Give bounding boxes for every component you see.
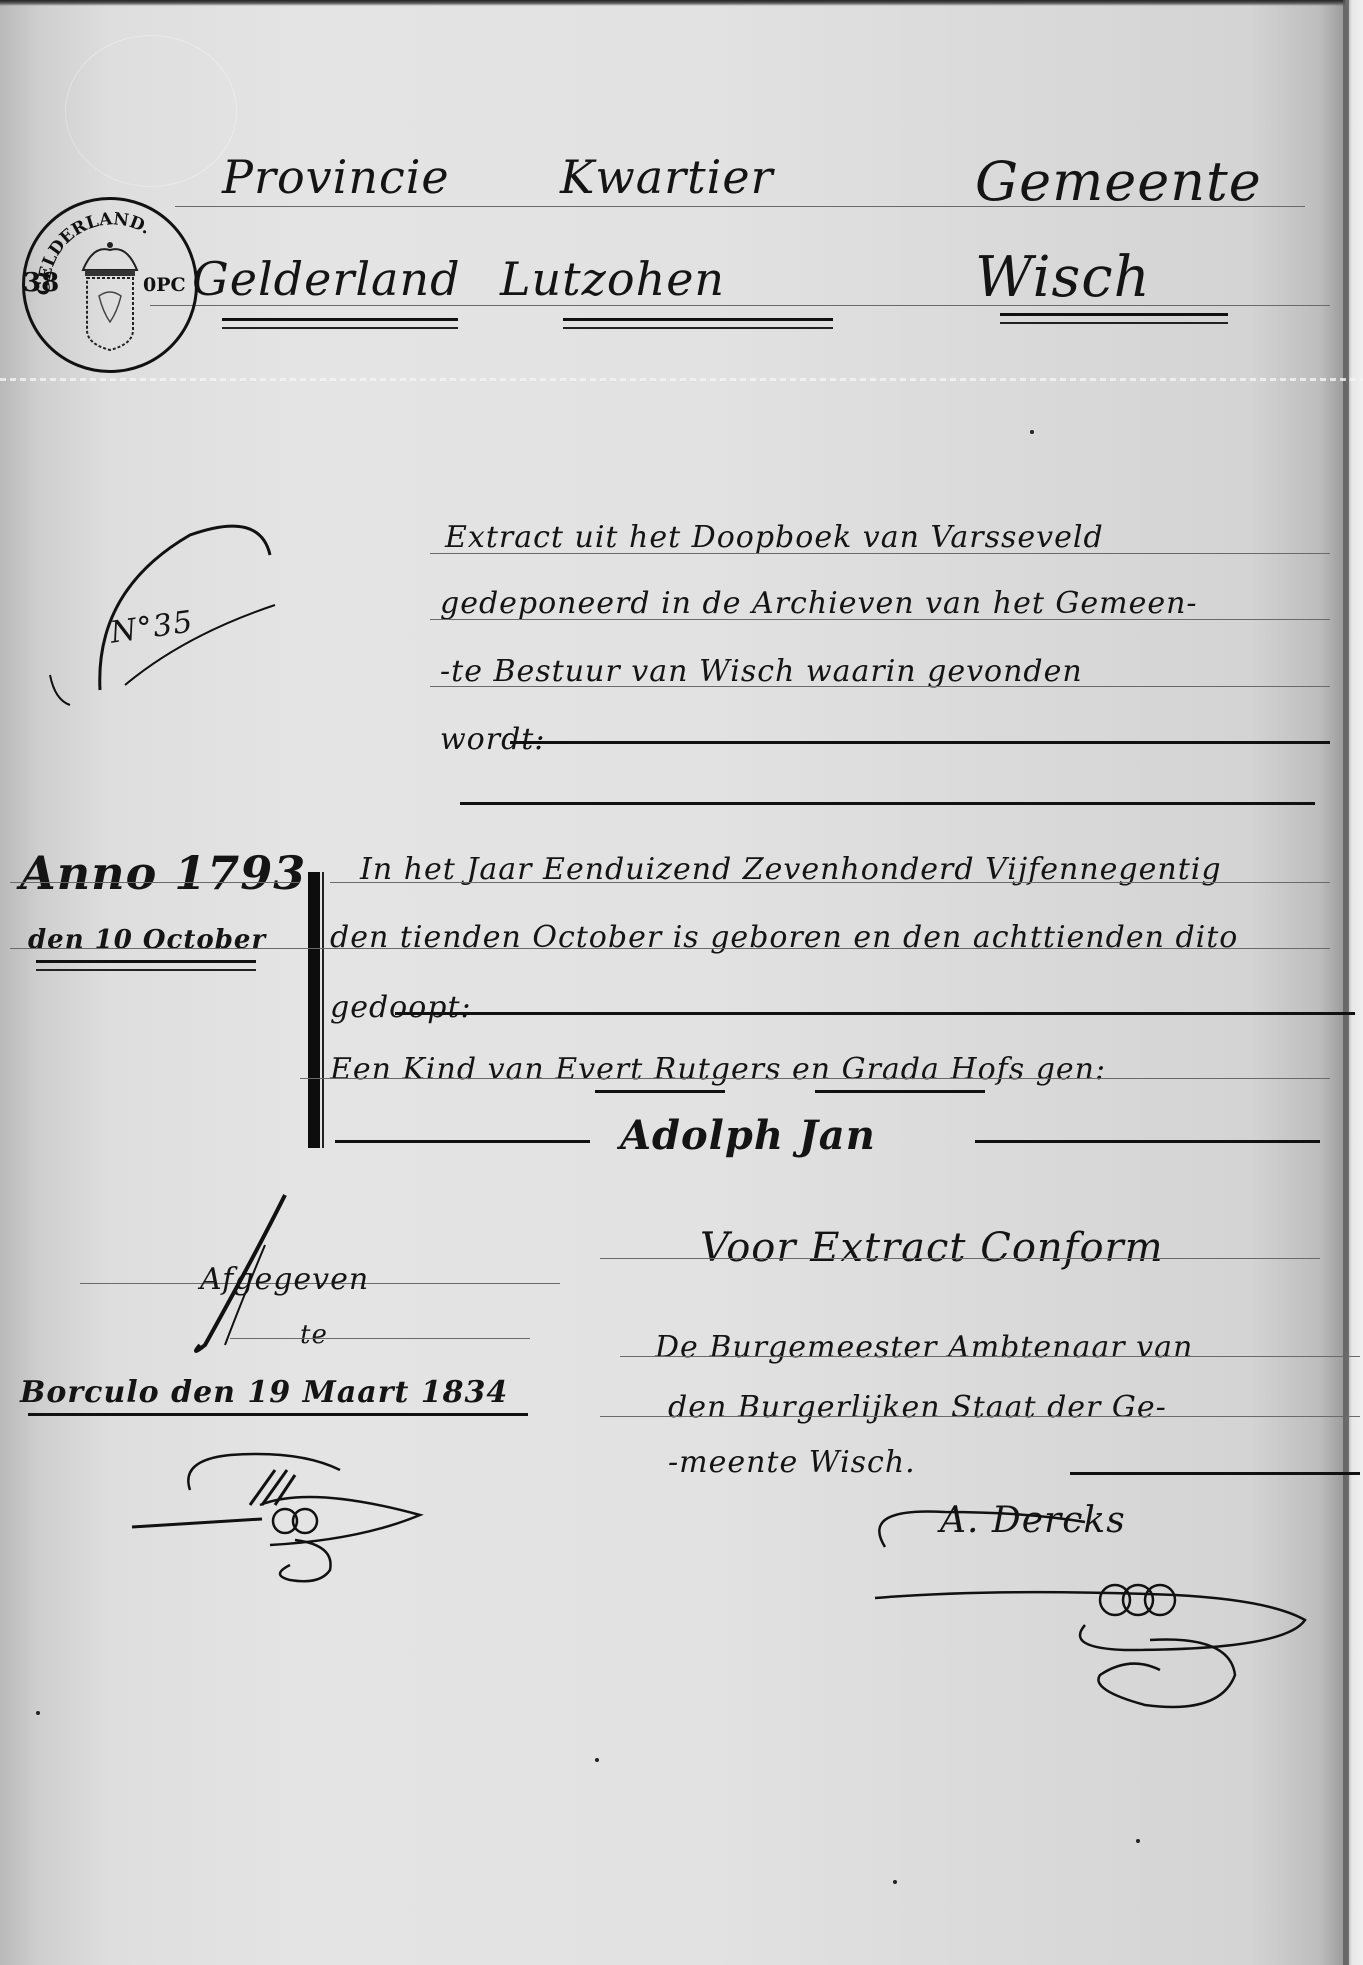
ruled-line bbox=[300, 1078, 1330, 1079]
province-label: Provincie bbox=[222, 150, 450, 204]
entry-line-4: Een Kind van Evert Rutgers en Grada Hofs… bbox=[330, 1052, 1106, 1087]
ruled-line bbox=[10, 948, 300, 949]
ink-speck bbox=[595, 1758, 599, 1762]
municipality-value: Wisch bbox=[975, 245, 1151, 310]
ruled-line bbox=[430, 553, 1330, 554]
child-name-left-line bbox=[335, 1140, 590, 1143]
ruled-line bbox=[620, 1356, 1360, 1357]
page-right-edge-shadow bbox=[1343, 0, 1349, 1965]
scanned-document-page: Provincie Kwartier Gemeente Gelderland L… bbox=[0, 0, 1363, 1965]
ink-speck bbox=[1030, 430, 1034, 434]
province-underline bbox=[222, 318, 458, 329]
left-signature bbox=[130, 1445, 430, 1595]
ruled-line bbox=[230, 1338, 530, 1339]
intro-line-1: Extract uit het Doopboek van Varsseveld bbox=[445, 520, 1104, 555]
entry-line-3: gedoopt: bbox=[330, 990, 472, 1025]
margin-date: den 10 October bbox=[28, 925, 266, 955]
father-name-underline bbox=[595, 1090, 725, 1093]
ink-speck bbox=[893, 1880, 897, 1884]
stamp-value-right: 0PC bbox=[143, 274, 186, 296]
certification-line-3: den Burgerlijken Staat der Ge- bbox=[668, 1390, 1167, 1425]
issued-flourish bbox=[170, 1190, 300, 1360]
quarter-value: Lutzohen bbox=[500, 252, 725, 306]
child-name: Adolph Jan bbox=[620, 1112, 876, 1159]
issued-place-date: Borculo den 19 Maart 1834 bbox=[20, 1375, 508, 1410]
province-value: Gelderland bbox=[192, 252, 461, 306]
intro-line-4: wordt: bbox=[440, 722, 545, 757]
page-top-edge bbox=[0, 0, 1345, 6]
header-rule-2 bbox=[150, 305, 1330, 306]
child-name-right-line bbox=[975, 1140, 1320, 1143]
quarter-underline bbox=[563, 318, 833, 329]
ruled-line bbox=[600, 1258, 1320, 1259]
perforation-line bbox=[0, 378, 1363, 381]
right-signature-flourish bbox=[870, 1500, 1320, 1710]
intro-line-2: gedeponeerd in de Archieven van het Geme… bbox=[440, 586, 1198, 621]
municipality-label: Gemeente bbox=[975, 150, 1262, 213]
ruled-line bbox=[10, 882, 300, 883]
number-flourish bbox=[45, 515, 285, 715]
margin-vertical-bar-thin bbox=[322, 872, 324, 1148]
ruled-line bbox=[600, 1416, 1360, 1417]
municipality-underline bbox=[1000, 313, 1228, 324]
ruled-line bbox=[430, 619, 1330, 620]
ink-speck bbox=[36, 1711, 40, 1715]
certification-line-2: De Burgemeester Ambtenaar van bbox=[655, 1330, 1193, 1365]
certification-fill-line bbox=[1070, 1472, 1360, 1475]
issued-te: te bbox=[300, 1320, 328, 1350]
margin-vertical-bar bbox=[308, 872, 320, 1148]
header-rule-1 bbox=[175, 206, 1305, 207]
entry-line-2: den tienden October is geboren en den ac… bbox=[330, 920, 1238, 955]
ruled-line bbox=[300, 948, 1330, 949]
quarter-label: Kwartier bbox=[560, 150, 774, 204]
ink-speck bbox=[1136, 1839, 1140, 1843]
faded-embossed-seal bbox=[65, 35, 237, 187]
margin-date-underline bbox=[36, 960, 256, 971]
section-separator bbox=[460, 802, 1315, 805]
ruled-line bbox=[430, 686, 1330, 687]
ruled-line bbox=[330, 882, 1330, 883]
intro-fill-line bbox=[510, 741, 1330, 744]
intro-line-3: -te Bestuur van Wisch waarin gevonden bbox=[440, 654, 1083, 689]
margin-year: Anno 1793 bbox=[20, 846, 306, 900]
mother-name-underline bbox=[815, 1090, 985, 1093]
certification-line-1: Voor Extract Conform bbox=[700, 1225, 1164, 1271]
certification-line-4: -meente Wisch. bbox=[668, 1445, 916, 1480]
stamp-value-left: 38 bbox=[23, 268, 59, 298]
tax-stamp: GELDERLAND. 38 0PC bbox=[22, 197, 198, 373]
issued-underline bbox=[28, 1413, 528, 1416]
entry-fill-line bbox=[395, 1012, 1355, 1015]
